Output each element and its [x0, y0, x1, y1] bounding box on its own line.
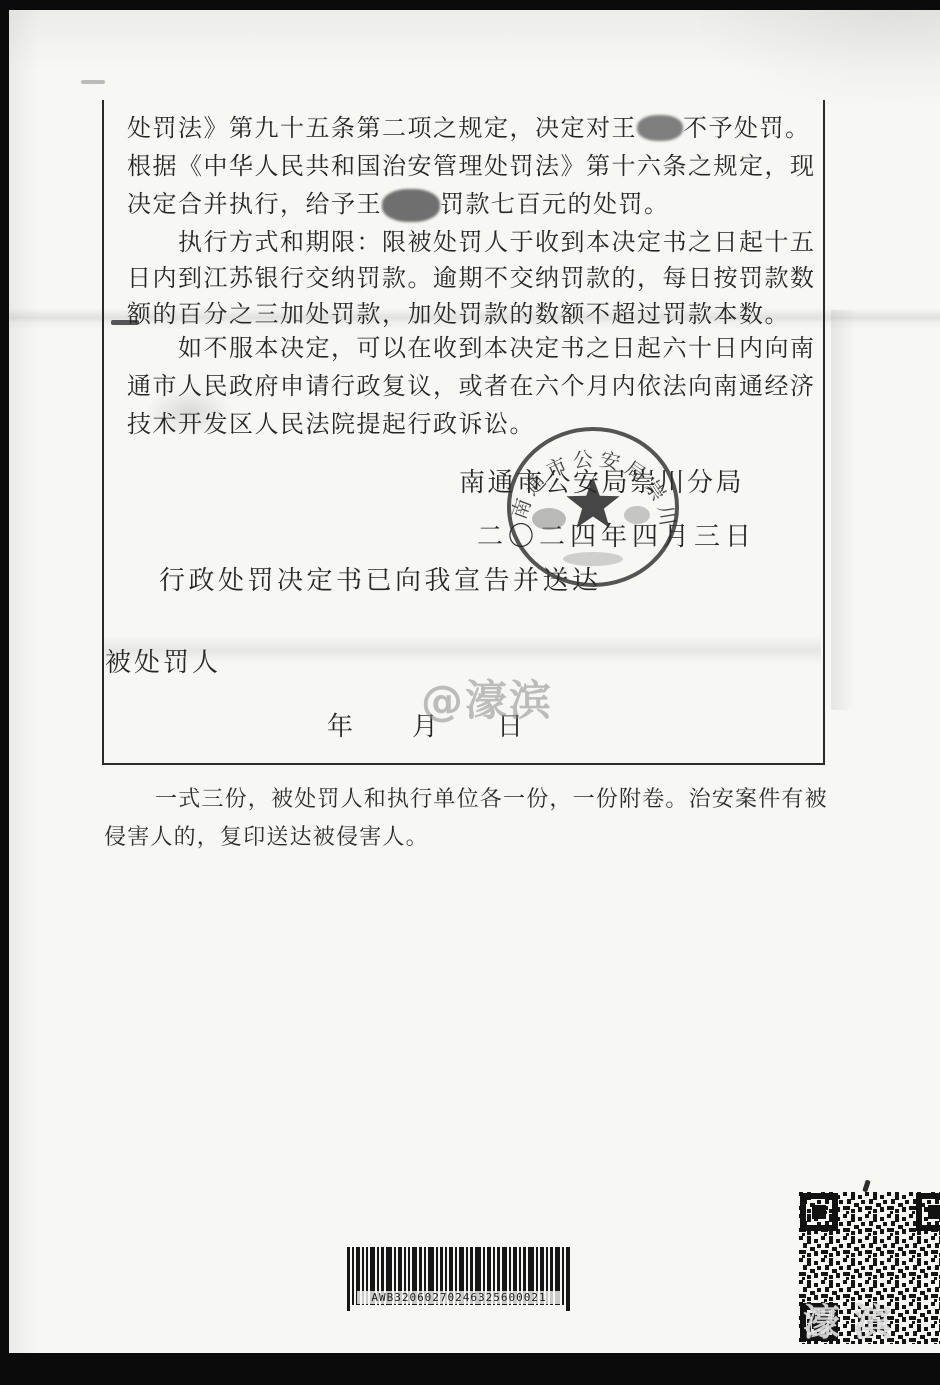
seal-ink-blot: [532, 508, 566, 530]
body-line: 额的百分之三加处罚款，加处罚款的数额不超过罚款本数。: [127, 294, 827, 329]
scan-mark-tick: [862, 1180, 870, 1193]
scan-smudge: [699, 10, 940, 105]
body-line: 技术开发区人民法院提起行政诉讼。: [127, 404, 827, 439]
scan-smudge: [831, 310, 861, 710]
center-watermark: @濠滨: [421, 668, 553, 728]
qr-code: 濠滨: [799, 1192, 940, 1344]
barcode: AWB32060270246325600021: [339, 1245, 579, 1317]
redaction-blur: [637, 115, 683, 141]
seal-ink-blot: [563, 552, 623, 566]
redaction-blur: [382, 189, 440, 222]
official-seal-graphic: 南通市公安局崇川分局: [503, 423, 683, 591]
footnote-line: 侵害人的，复印送达被侵害人。: [104, 820, 834, 851]
year-label: 年: [327, 706, 353, 743]
official-seal: 南通市公安局崇川分局: [503, 423, 683, 591]
body-line: 执行方式和期限：限被处罚人于收到本决定书之日起十五: [127, 222, 827, 257]
barcode-number: AWB32060270246325600021: [357, 1291, 561, 1304]
body-line: 通市人民政府申请行政复议，或者在六个月内依法向南通经济: [127, 366, 827, 401]
body-line: 根据《中华人民共和国治安管理处罚法》第十六条之规定，现: [127, 146, 827, 181]
body-line: 决定合并执行，给予王罚款七百元的处罚。: [127, 184, 827, 222]
document-page: 处罚法》第九十五条第二项之规定，决定对王不予处罚。 根据《中华人民共和国治安管理…: [9, 10, 940, 1353]
penalized-person-label: 被处罚人: [105, 642, 221, 679]
footnote-line: 一式三份，被处罚人和执行单位各一份，一份附卷。治安案件有被: [104, 782, 834, 813]
qr-watermark: 濠滨: [803, 1292, 938, 1344]
seal-ink-blot: [624, 506, 650, 524]
scan-mark-dash: [81, 80, 105, 84]
body-text: 罚款七百元的处罚。: [440, 192, 670, 218]
body-line: 处罚法》第九十五条第二项之规定，决定对王不予处罚。: [127, 108, 827, 143]
barcode-bars: [339, 1245, 579, 1317]
body-text: 决定合并执行，给予王: [127, 192, 382, 218]
seal-star-icon: [566, 477, 619, 528]
body-text: 不予处罚。: [683, 116, 811, 142]
body-text: 处罚法》第九十五条第二项之规定，决定对王: [127, 116, 637, 142]
body-line: 如不服本决定，可以在收到本决定书之日起六十日内向南: [127, 328, 827, 363]
body-line: 日内到江苏银行交纳罚款。逾期不交纳罚款的，每日按罚款数: [127, 258, 827, 293]
screenshot-root: { "doc": { "line1_pre": "处罚法》第九十五条第二项之规定…: [0, 0, 940, 1385]
